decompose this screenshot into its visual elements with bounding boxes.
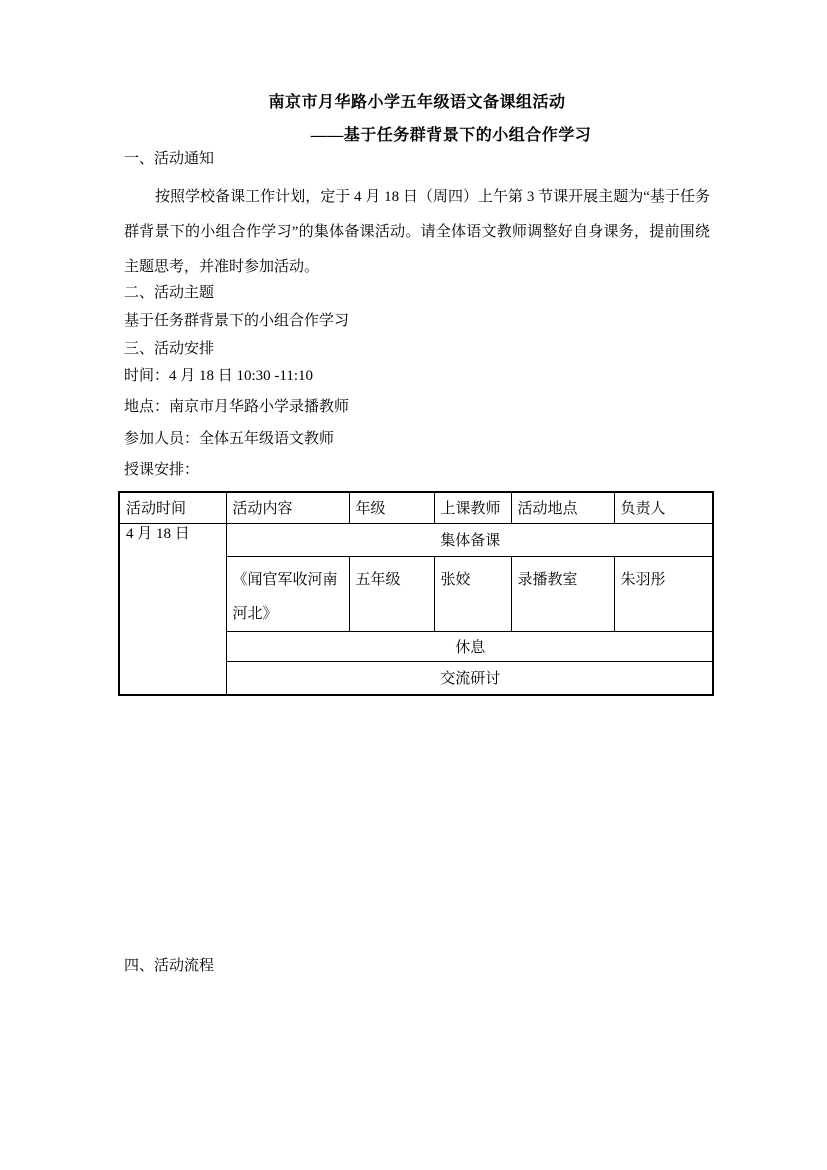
- date-cell: 4 月 18 日: [119, 523, 226, 695]
- document-page: 南京市月华路小学五年级语文备课组活动 ——基于任务群背景下的小组合作学习 一、活…: [0, 0, 827, 1170]
- schedule-line: 授课安排：: [124, 461, 710, 480]
- section1-heading: 一、活动通知: [124, 150, 710, 169]
- lesson-location-cell: 录播教室: [511, 556, 614, 631]
- section2-body: 基于任务群背景下的小组合作学习: [124, 312, 710, 331]
- doc-title-line1: 南京市月华路小学五年级语文备课组活动: [124, 92, 710, 114]
- lesson-content-cell: 《闻官军收河南河北》: [226, 556, 349, 631]
- lesson-grade-cell: 五年级: [349, 556, 434, 631]
- time-line: 时间：4 月 18 日 10:30 -11:10: [124, 367, 710, 386]
- discussion-cell: 交流研讨: [226, 661, 713, 695]
- header-location: 活动地点: [511, 492, 614, 523]
- header-activity-time: 活动时间: [119, 492, 226, 523]
- section3-heading: 三、活动安排: [124, 340, 710, 359]
- header-activity-content: 活动内容: [226, 492, 349, 523]
- table-row: 4 月 18 日 集体备课: [119, 523, 713, 556]
- place-line: 地点：南京市月华路小学录播教师: [124, 398, 710, 417]
- section4-heading: 四、活动流程: [124, 957, 710, 976]
- table-header-row: 活动时间 活动内容 年级 上课教师 活动地点 负责人: [119, 492, 713, 523]
- header-grade: 年级: [349, 492, 434, 523]
- lesson-leader-cell: 朱羽彤: [614, 556, 713, 631]
- lesson-teacher-cell: 张姣: [434, 556, 511, 631]
- break-cell: 休息: [226, 631, 713, 661]
- section2-heading: 二、活动主题: [124, 284, 710, 303]
- schedule-table: 活动时间 活动内容 年级 上课教师 活动地点 负责人 4 月 18 日 集体备课…: [118, 491, 714, 696]
- header-teacher: 上课教师: [434, 492, 511, 523]
- participants-line: 参加人员：全体五年级语文教师: [124, 430, 710, 449]
- group-prep-cell: 集体备课: [226, 523, 713, 556]
- header-leader: 负责人: [614, 492, 713, 523]
- notice-paragraph: 按照学校备课工作计划，定于 4 月 18 日（周四）上午第 3 节课开展主题为“…: [124, 180, 710, 285]
- doc-title-line2: ——基于任务群背景下的小组合作学习: [124, 125, 710, 147]
